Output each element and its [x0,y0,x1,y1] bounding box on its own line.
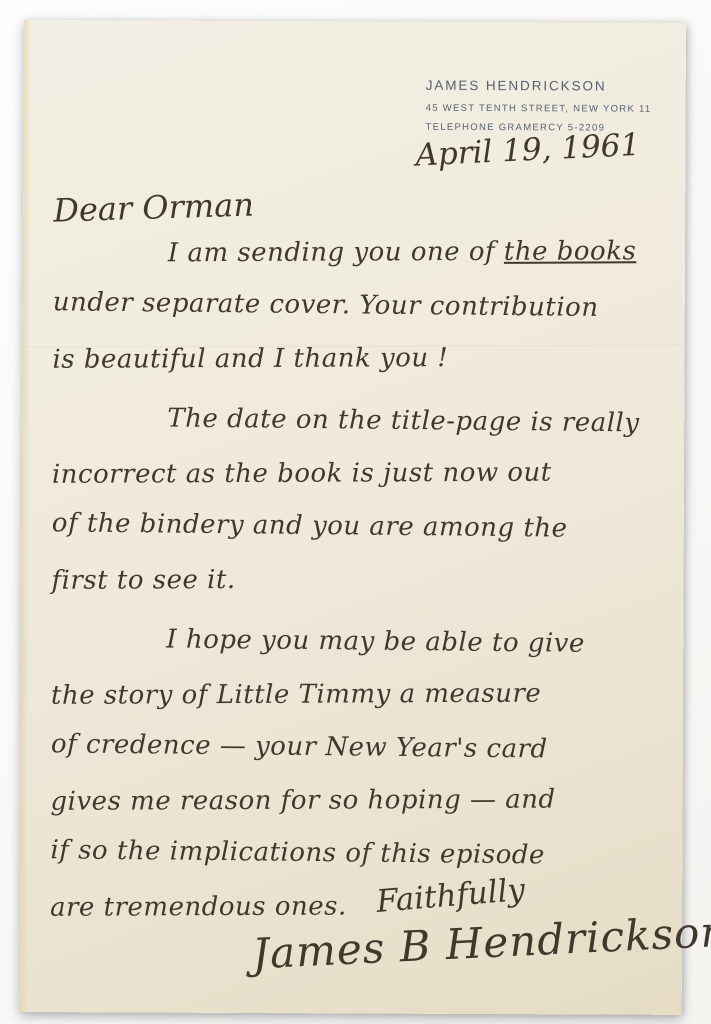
salutation: Dear Orman [53,186,255,230]
letter-paper: JAMES HENDRICKSON 45 WEST TENTH STREET, … [20,20,686,1015]
letter-line: gives me reason for so hoping — and [50,784,662,840]
line-text: of credence — your New Year's card [51,729,548,764]
line-text: if so the implications of this episode [50,835,545,870]
letter-line: is beautiful and I thank you ! [52,342,664,398]
letter-line: The date on the title-page is really [52,402,665,461]
letter-line: I hope you may be able to give [51,623,664,682]
line-text: the story of Little Timmy a measure [51,679,541,711]
line-text: first to see it. [51,565,235,596]
line-text: are tremendous ones. [50,891,347,922]
line-text: The date on the title-page is really [167,403,639,438]
line-text: under separate cover. Your contribution [53,287,599,323]
letter-line: under separate cover. Your contribution [52,287,665,346]
line-text: I am sending you one of [168,237,504,268]
letter-line: first to see it. [51,563,663,619]
letter-line: incorrect as the book is just now out [52,457,664,513]
letterhead-address: 45 WEST TENTH STREET, NEW YORK 11 [426,103,652,115]
underlined-text: the books [504,236,637,267]
letter-line: I am sending you one of the books [53,236,665,292]
line-text: is beautiful and I thank you ! [52,343,448,375]
line-text: of the bindery and you are among the [52,508,568,543]
line-text: I hope you may be able to give [166,624,585,658]
letter-body: I am sending you one of the books under … [50,236,665,946]
line-text: incorrect as the book is just now out [52,458,552,490]
letter-line: the story of Little Timmy a measure [51,678,663,734]
letter-line: of credence — your New Year's card [51,729,664,788]
letter-line: if so the implications of this episode [50,835,663,894]
letterhead-name: JAMES HENDRICKSON [426,78,652,94]
line-text: gives me reason for so hoping — and [50,785,555,817]
photo-background: JAMES HENDRICKSON 45 WEST TENTH STREET, … [0,0,711,1024]
letter-line: of the bindery and you are among the [51,508,664,567]
